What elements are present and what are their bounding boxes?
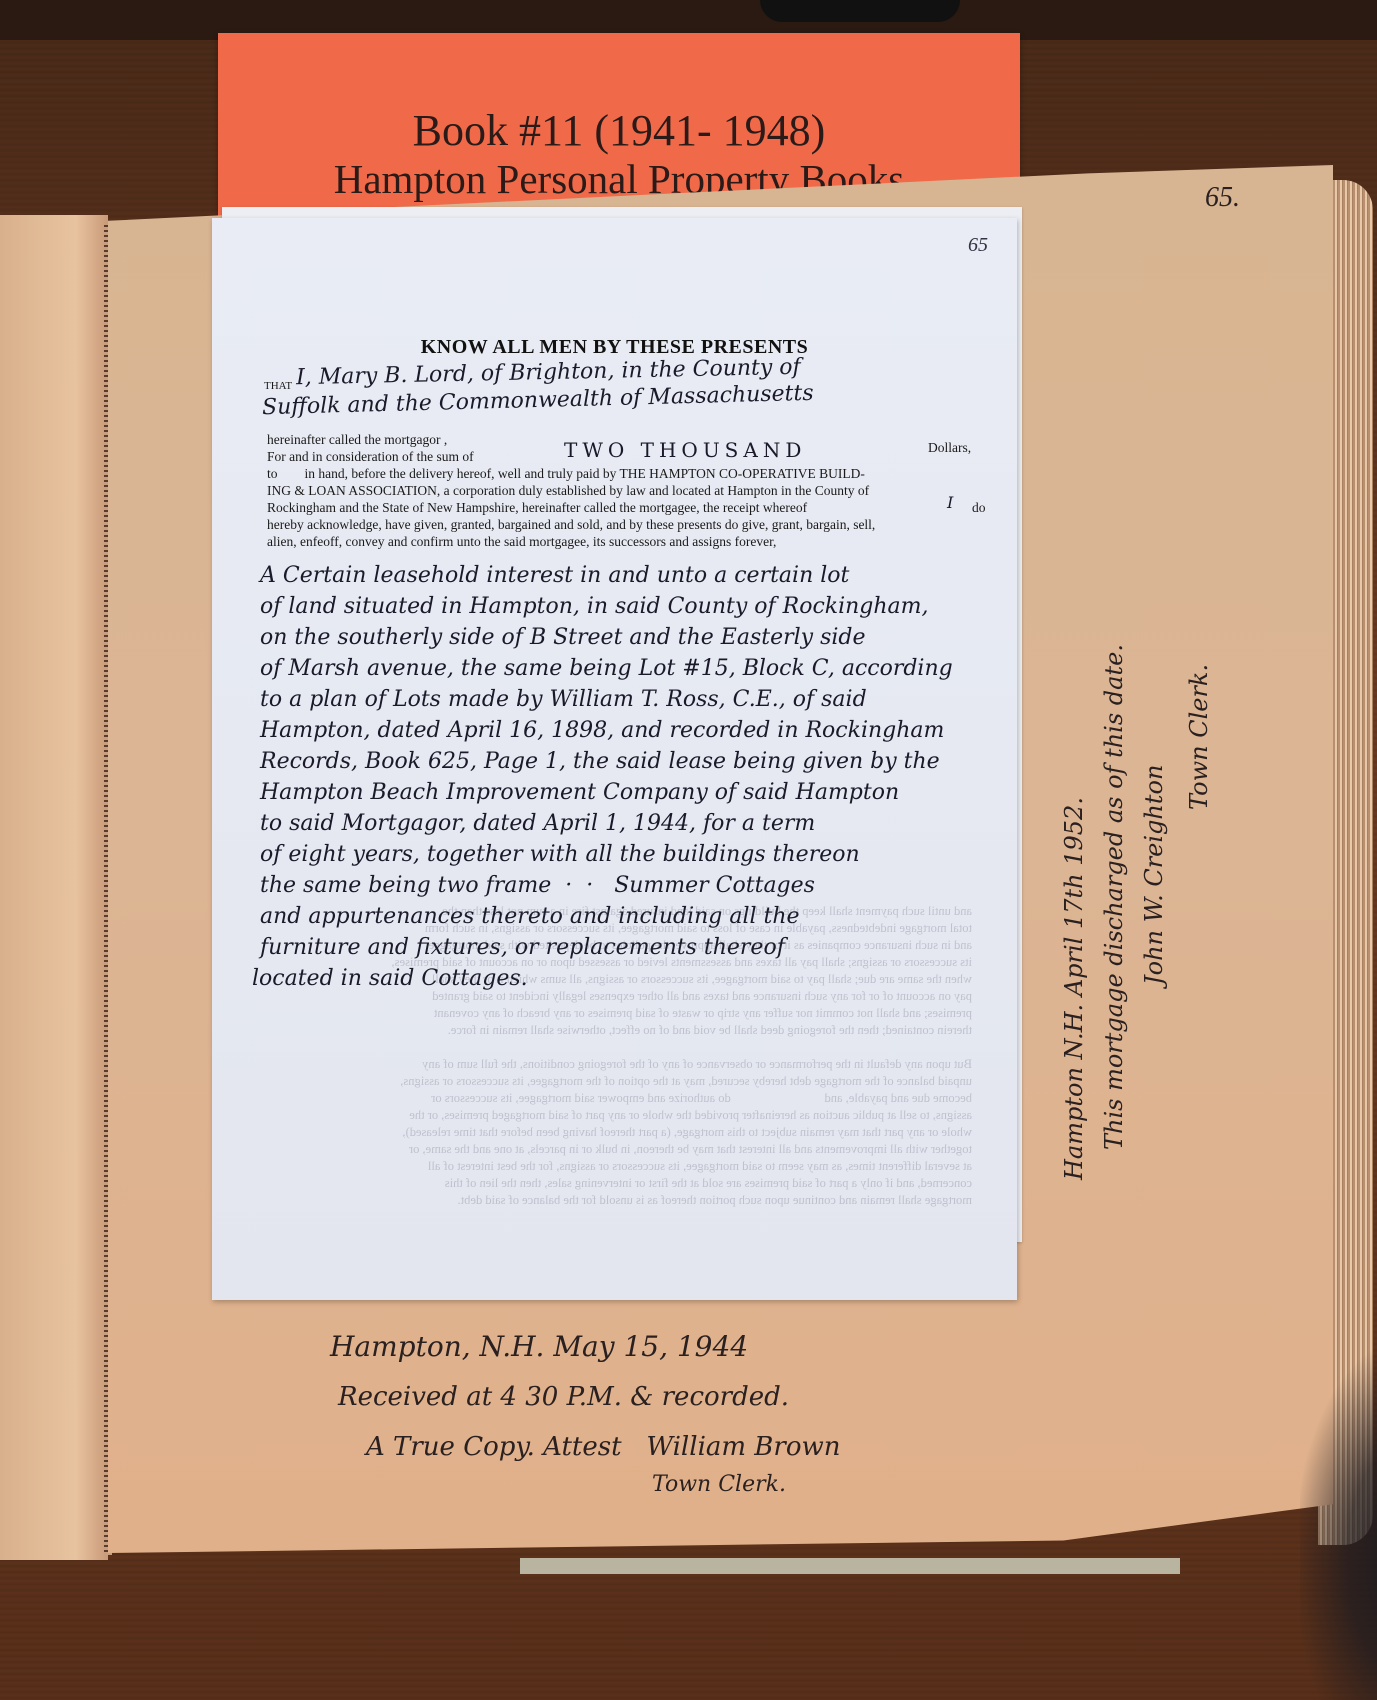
bleed-line: premises; and shall not commit nor suffe… <box>272 1005 972 1022</box>
document-title: KNOW ALL MEN BY THESE PRESENTS <box>212 336 1017 359</box>
footer-note-line3: A True Copy. Attest William Brown <box>366 1432 841 1462</box>
printed-line-acknowledge: hereby acknowledge, have given, granted,… <box>267 517 875 533</box>
description-line: Hampton, dated April 16, 1898, and recor… <box>260 718 944 743</box>
description-line: on the southerly side of B Street and th… <box>260 625 866 650</box>
bleed-line: become due and payable, and do authorize… <box>272 1090 972 1107</box>
bleed-line: together with all improvements and all i… <box>272 1141 972 1158</box>
bleed-line: mortgage shall remain and continue upon … <box>272 1192 972 1209</box>
bleed-line: and until such payment shall keep the bu… <box>272 903 972 920</box>
handwritten-sum: TWO THOUSAND <box>564 438 806 462</box>
label-book-number: Book #11 (1941- 1948) <box>218 105 1020 156</box>
description-line: Hampton Beach Improvement Company of sai… <box>260 780 899 805</box>
bleed-spacer <box>272 1039 972 1056</box>
bleed-line: at several different times, as may seem … <box>272 1158 972 1175</box>
handwritten-i: I <box>947 493 953 512</box>
printed-dollars: Dollars, <box>928 440 971 456</box>
footer-note-line2: Received at 4 30 P.M. & recorded. <box>338 1382 789 1412</box>
printed-line-paid-by: to in hand, before the delivery hereof, … <box>267 466 865 482</box>
printed-that: THAT <box>264 380 292 392</box>
description-line: of eight years, together with all the bu… <box>260 842 860 867</box>
bleed-line: concerned, and if only a part of said pr… <box>272 1175 972 1192</box>
underlying-page-strip <box>520 1558 1180 1574</box>
bleed-line: pay on account of or for any such insura… <box>272 988 972 1005</box>
document-page-number: 65 <box>968 234 988 257</box>
margin-note-line1: Hampton N.H. April 17th 1952. <box>1060 797 1088 1180</box>
printed-mortgagor-clause: hereinafter called the mortgagor , <box>267 432 447 448</box>
bleed-line: when the same are due; shall pay to said… <box>272 971 972 988</box>
mortgage-document: 65 KNOW ALL MEN BY THESE PRESENTS THAT I… <box>212 218 1017 1300</box>
printed-line-association: ING & LOAN ASSOCIATION, a corporation du… <box>267 483 869 499</box>
shadow-corner <box>1300 1350 1377 1700</box>
description-line: to said Mortgagor, dated April 1, 1944, … <box>260 811 815 836</box>
bleed-line: its successors or assigns; shall pay all… <box>272 954 972 971</box>
printed-consideration: For and in consideration of the sum of <box>267 449 474 465</box>
bleed-line: and in such insurance companies as it or… <box>272 937 972 954</box>
left-book-page <box>0 215 108 1560</box>
bleed-line: therein contained; then the foregoing de… <box>272 1022 972 1039</box>
footer-note-line4: Town Clerk. <box>652 1472 786 1497</box>
footer-note-line1: Hampton, N.H. May 15, 1944 <box>330 1330 748 1363</box>
bleed-line: But upon any default in the performance … <box>272 1056 972 1073</box>
bleed-line: unpaid balance of the mortgage debt here… <box>272 1073 972 1090</box>
bleed-through-text: and until such payment shall keep the bu… <box>272 903 972 1293</box>
description-line: of land situated in Hampton, in said Cou… <box>260 594 929 619</box>
description-line: to a plan of Lots made by William T. Ros… <box>260 687 867 712</box>
book-page-number: 65. <box>1205 182 1240 214</box>
description-line: A Certain leasehold interest in and unto… <box>260 563 849 588</box>
description-line: the same being two frame · · Summer Cott… <box>260 873 815 898</box>
printed-line-rockingham: Rockingham and the State of New Hampshir… <box>267 500 807 516</box>
printed-line-convey: alien, enfeoff, convey and confirm unto … <box>267 534 776 550</box>
bleed-line: whole or any part that may remain subjec… <box>272 1124 972 1141</box>
description-line: of Marsh avenue, the same being Lot #15,… <box>260 656 953 681</box>
bleed-line: total mortgage indebtedness, payable in … <box>272 920 972 937</box>
margin-note-title: Town Clerk. <box>1185 664 1213 810</box>
description-line: Records, Book 625, Page 1, the said leas… <box>260 749 940 774</box>
margin-note-signature: John W. Creighton <box>1140 765 1168 985</box>
printed-do: do <box>972 500 986 516</box>
bleed-line: assigns, to sell at public auction as he… <box>272 1107 972 1124</box>
margin-note-line2: This mortgage discharged as of this date… <box>1100 644 1128 1150</box>
dark-object <box>760 0 960 22</box>
